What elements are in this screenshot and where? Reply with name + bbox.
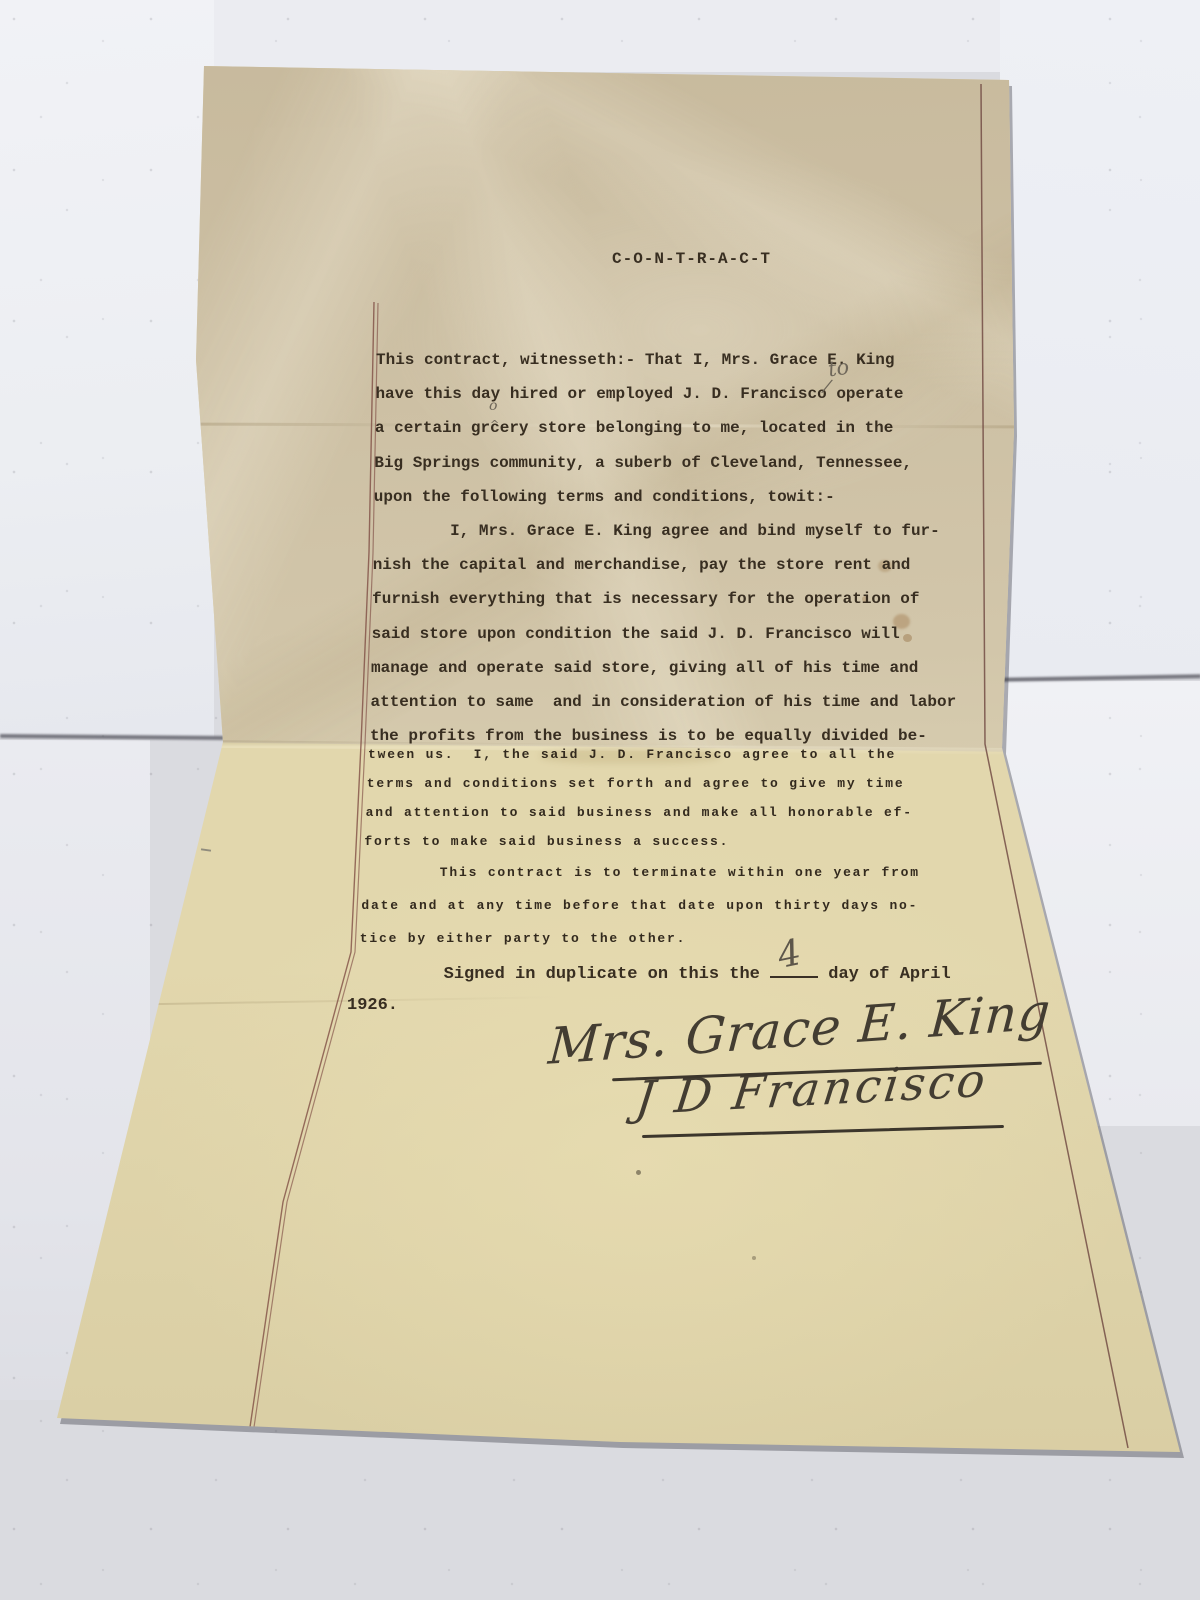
typed-line: tween us. I, the said J. D. Francisco ag… bbox=[368, 747, 896, 762]
typed-line: Big Springs community, a suberb of Cleve… bbox=[374, 454, 912, 472]
typed-line: said store upon condition the said J. D.… bbox=[372, 625, 900, 643]
typed-line: I, Mrs. Grace E. King agree and bind mys… bbox=[373, 522, 940, 540]
pencil-caret-mark: ^ bbox=[490, 418, 499, 431]
typed-line: the profits from the business is to be e… bbox=[370, 727, 927, 745]
typed-line: forts to make said business a success. bbox=[364, 834, 729, 849]
document-title: C-O-N-T-R-A-C-T bbox=[612, 250, 771, 268]
pencil-inserted-o: o bbox=[489, 398, 497, 414]
backdrop-sheet-top-right bbox=[1000, 0, 1200, 678]
signed-line-prefix: Signed in duplicate on this the bbox=[362, 965, 770, 984]
typed-line: tice by either party to the other. bbox=[360, 931, 686, 946]
typed-line: and attention to said business and make … bbox=[366, 805, 913, 820]
typed-line: date and at any time before that date up… bbox=[361, 898, 918, 913]
typed-line: upon the following terms and conditions,… bbox=[374, 488, 835, 506]
typed-line: manage and operate said store, giving al… bbox=[371, 659, 918, 677]
typed-line: This contract is to terminate within one… bbox=[363, 865, 920, 880]
typed-line: nish the capital and merchandise, pay th… bbox=[373, 556, 911, 574]
typed-line: attention to same and in consideration o… bbox=[371, 693, 957, 711]
typed-line: terms and conditions set forth and agree… bbox=[367, 776, 905, 791]
typed-line: furnish everything that is necessary for… bbox=[372, 590, 919, 608]
typed-line: a certain grcery store belonging to me, … bbox=[375, 419, 893, 437]
signed-date-line: Signed in duplicate on this the day of A… bbox=[362, 962, 951, 984]
photo-scene: C-O-N-T-R-A-C-T This contract, witnesset… bbox=[0, 0, 1200, 1600]
signed-line-suffix: day of April bbox=[818, 965, 951, 984]
backdrop-sheet-top-left bbox=[0, 0, 214, 738]
typed-line: This contract, witnesseth:- That I, Mrs.… bbox=[376, 351, 894, 369]
year-line: 1926. bbox=[347, 996, 398, 1015]
